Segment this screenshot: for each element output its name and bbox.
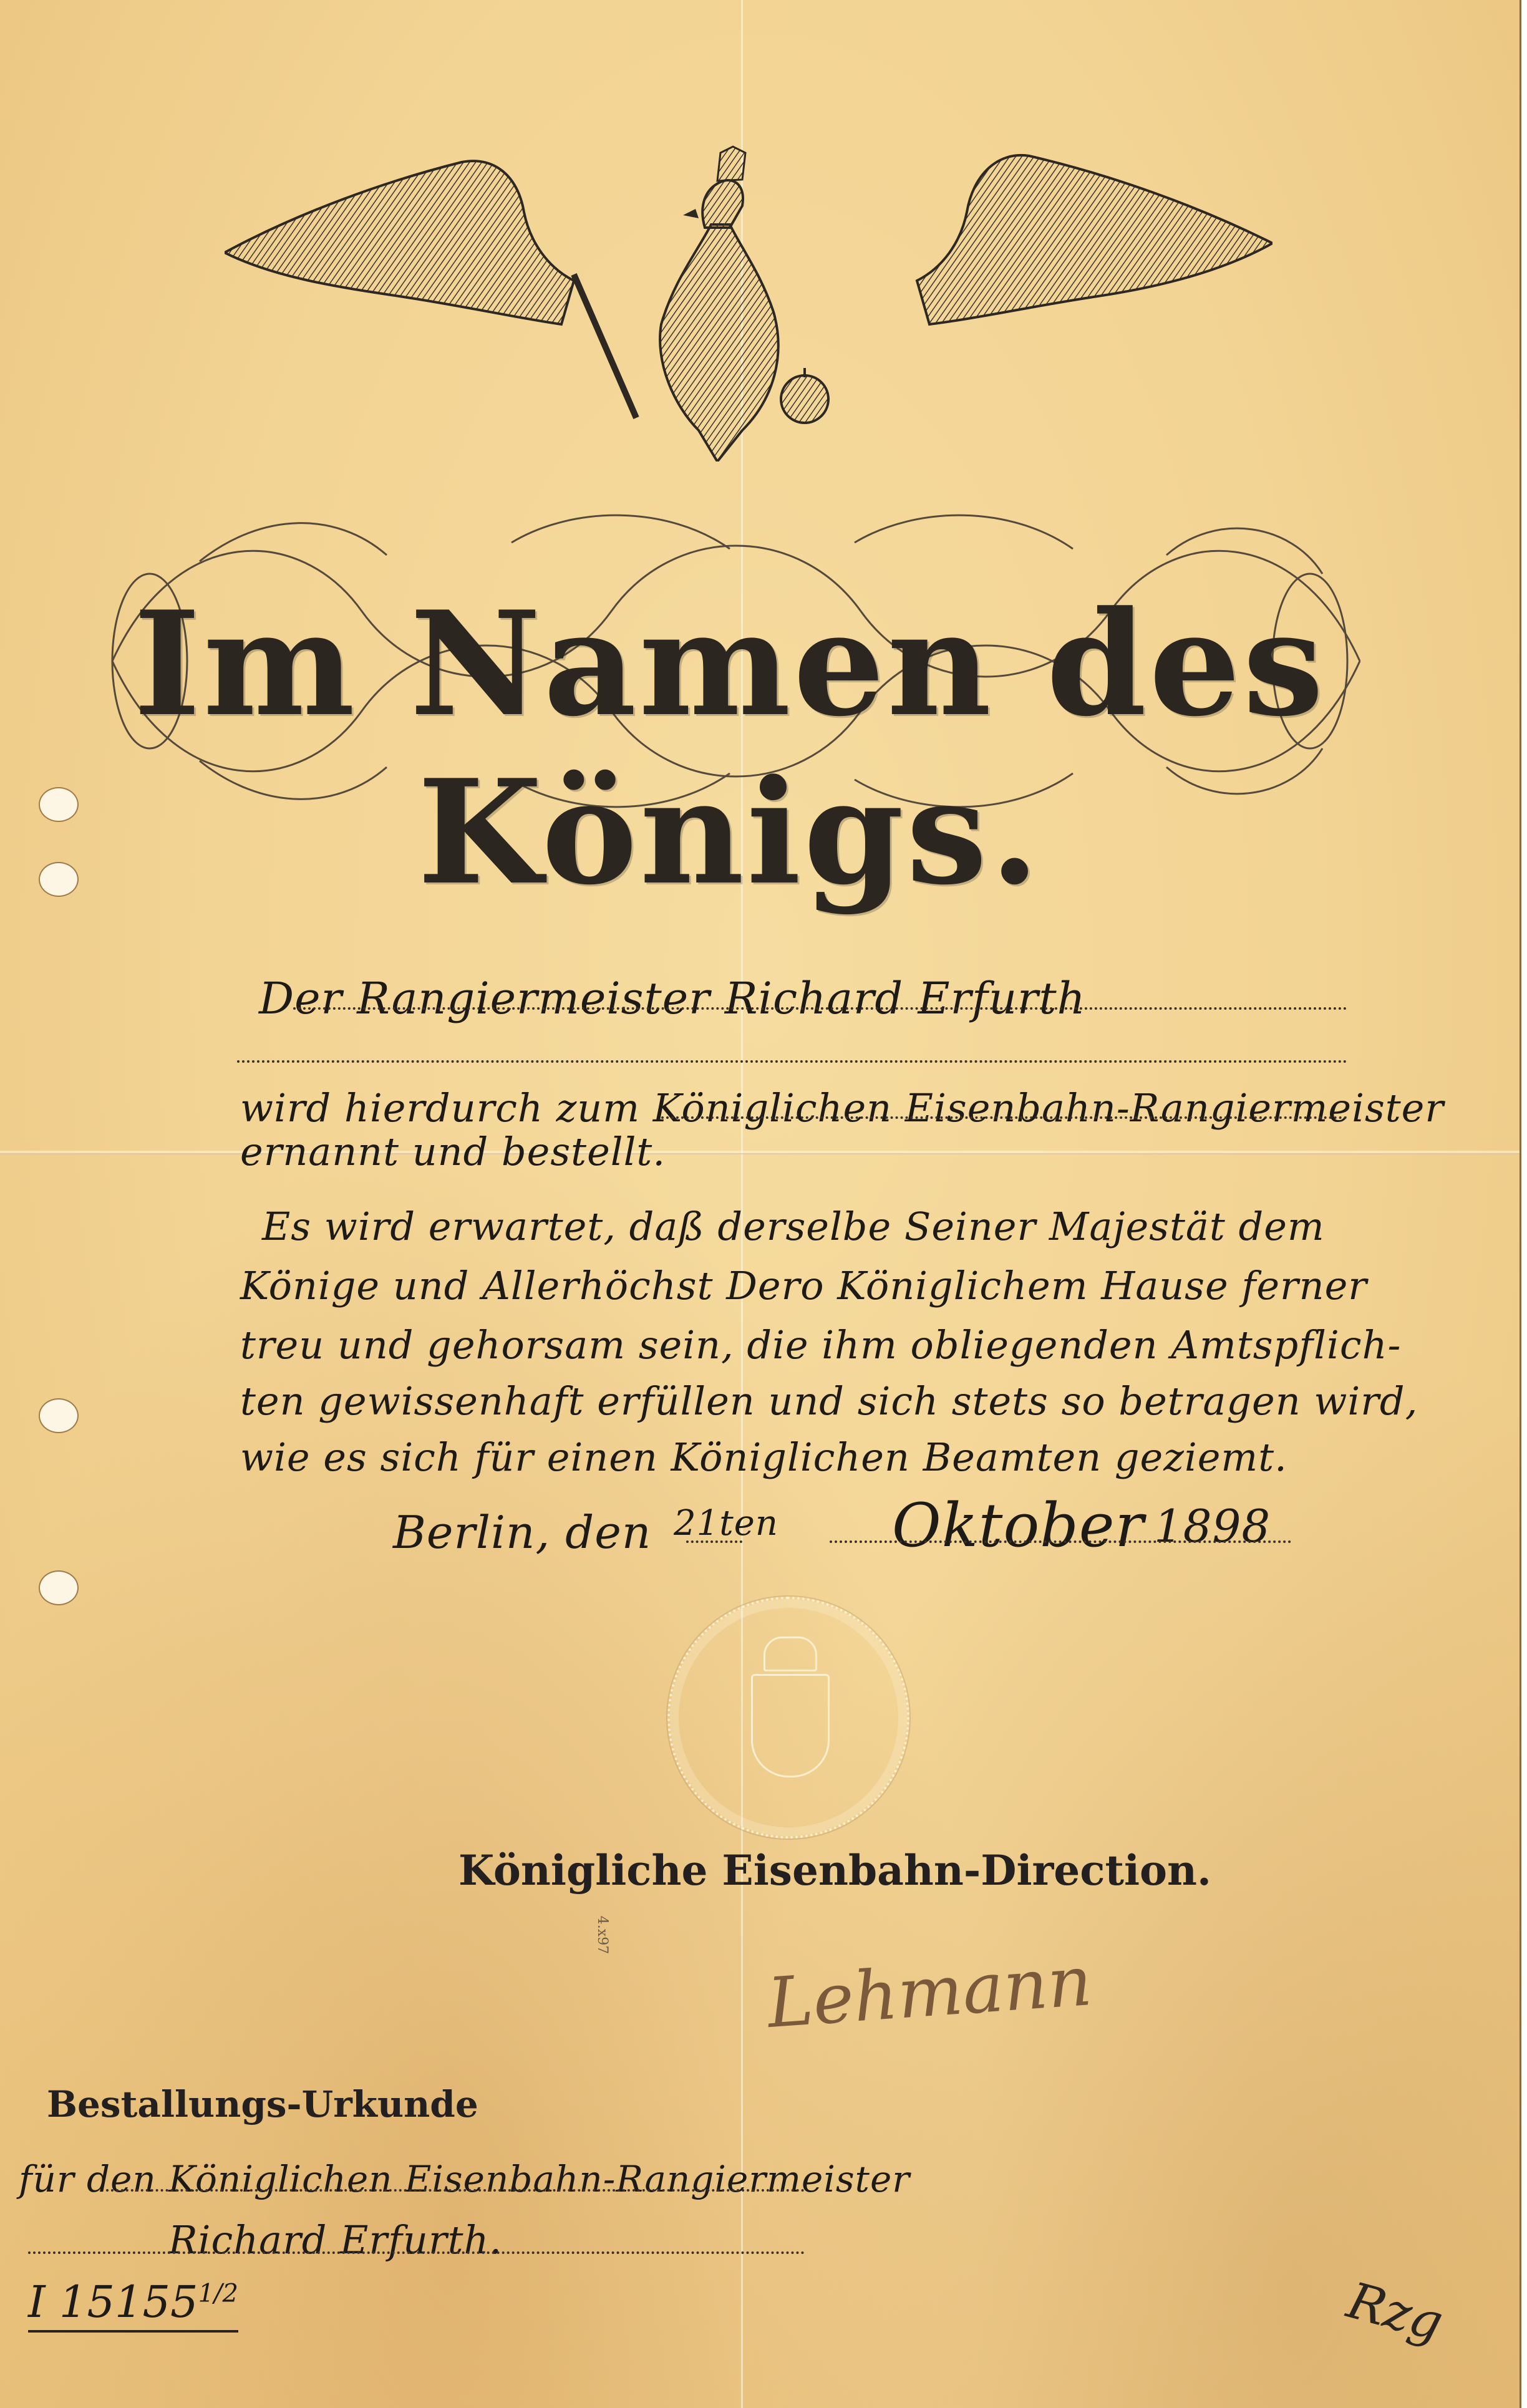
appointment-line: wird hierdurch zum Königlichen Eisenbahn… [240,1085,1444,1131]
document-paper: Im Namen des Königs. Der Rangiermeister … [0,0,1521,2408]
date-day: 21ten [674,1503,778,1544]
punch-hole [39,1570,79,1605]
appointee-line: Der Rangiermeister Richard Erfurth [259,973,1086,1024]
reference-number: I 151551/2 [28,2276,238,2333]
punch-hole [39,862,79,897]
dotted-rule [661,1116,1347,1119]
signature: Lehmann [765,1941,1094,2043]
crown-icon [763,1637,817,1671]
horizontal-fold [0,1151,1520,1154]
paragraph-line: ten gewissenhaft erfüllen und sich stets… [240,1378,1418,1424]
punch-hole [39,1398,79,1433]
dotted-rule [830,1540,1291,1543]
reference-number-sup: 1/2 [198,2280,238,2308]
paragraph-line: treu und gehorsam sein, die ihm obliegen… [240,1322,1401,1368]
paraph-initials: Rzg [1342,2271,1449,2352]
page-title: Im Namen des Königs. [75,580,1385,917]
date-year: 1898 [1154,1500,1271,1552]
reference-number-value: I 15155 [28,2276,198,2328]
appointment-line-2: ernannt und bestellt. [240,1129,666,1174]
footer-heading: Bestallungs-Urkunde [47,2083,478,2125]
dotted-rule [28,2251,805,2254]
paragraph-line: wie es sich für einen Königlichen Beamte… [240,1434,1287,1480]
dotted-rule [106,2189,805,2192]
place: Berlin, den [393,1506,651,1559]
embossed-seal-icon [667,1597,909,1839]
footer-name-line: Richard Erfurth. [168,2217,502,2263]
date-month: Oktober [892,1491,1144,1560]
footer-for-line: für den Königlichen Eisenbahn-Rangiermei… [19,2158,910,2200]
issuing-authority: Königliche Eisenbahn-Direction. [458,1846,1211,1895]
punch-hole [39,787,79,822]
shield-icon [751,1674,830,1777]
dotted-rule [686,1540,742,1543]
paragraph-line: Es wird erwartet, daß derselbe Seiner Ma… [262,1204,1325,1249]
paragraph-line: Könige und Allerhöchst Dero Königlichem … [240,1263,1367,1308]
title-block: Im Namen des Königs. [75,486,1385,836]
dotted-rule [237,1060,1347,1063]
dotted-rule [293,1007,1347,1010]
prussian-eagle-icon [225,137,1272,462]
small-mark: 4.x97 [594,1916,610,1954]
